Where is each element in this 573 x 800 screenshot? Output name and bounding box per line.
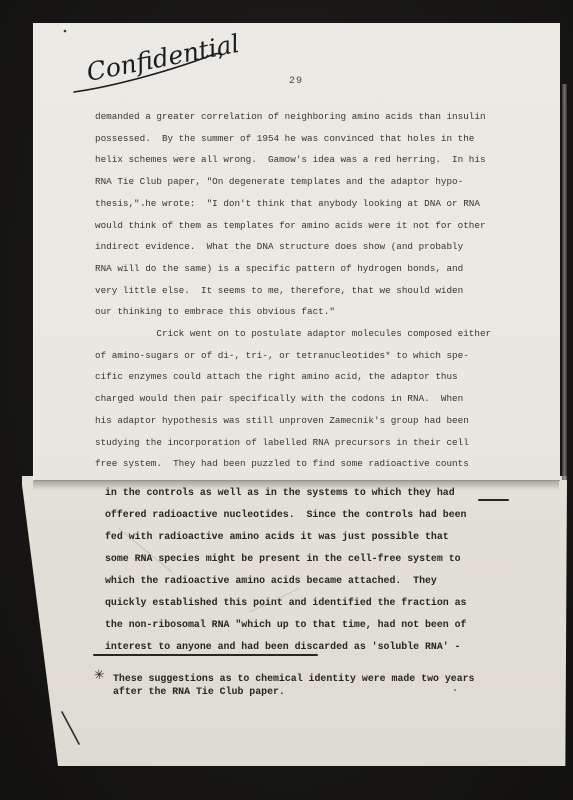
text-line: These suggestions as to chemical identit… <box>113 672 474 685</box>
footnote-text: These suggestions as to chemical identit… <box>113 672 474 698</box>
text-line: which the radioactive amino acids became… <box>105 570 525 592</box>
text-line: after the RNA Tie Club paper. <box>113 685 474 698</box>
text-line: cific enzymes could attach the right ami… <box>95 366 515 388</box>
text-line: free system. They had been puzzled to fi… <box>95 453 515 475</box>
text-line: in the controls as well as in the system… <box>105 482 525 504</box>
text-line: thesis," he wrote: "I don't think that a… <box>95 193 515 215</box>
text-line: some RNA species might be present in the… <box>105 548 525 570</box>
underlying-page-edge <box>562 84 567 480</box>
footnote-asterisk-icon: ✳ <box>93 667 106 683</box>
text-line: charged would then pair specifically wit… <box>95 388 515 410</box>
typed-underline-mark <box>93 654 318 656</box>
text-line: RNA Tie Club paper, "On degenerate templ… <box>95 171 515 193</box>
text-line: fed with radioactive amino acids it was … <box>105 526 525 548</box>
text-line: of amino-sugars or of di-, tri-, or tetr… <box>95 345 515 367</box>
text-line: Crick went on to postulate adaptor molec… <box>95 323 515 345</box>
handwritten-confidential-note: Confidential <box>60 14 270 106</box>
page-number: 29 <box>33 76 559 87</box>
text-line: studying the incorporation of labelled R… <box>95 432 515 454</box>
text-line: the non-ribosomal RNA "which up to that … <box>105 614 525 636</box>
scanned-document: Confidential 29 demanded a greater corre… <box>0 0 573 800</box>
text-line: offered radioactive nucleotides. Since t… <box>105 504 525 526</box>
text-line: would think of them as templates for ami… <box>95 215 515 237</box>
text-line: very little else. It seems to me, theref… <box>95 280 515 302</box>
page1-body-text: demanded a greater correlation of neighb… <box>95 106 515 475</box>
typed-underline-mark <box>478 499 509 501</box>
text-line: RNA will do the same) is a specific patt… <box>95 258 515 280</box>
text-line: quickly established this point and ident… <box>105 592 525 614</box>
text-line: possessed. By the summer of 1954 he was … <box>95 128 515 150</box>
text-line: demanded a greater correlation of neighb… <box>95 106 515 128</box>
text-line: indirect evidence. What the DNA structur… <box>95 236 515 258</box>
text-line: his adaptor hypothesis was still unprove… <box>95 410 515 432</box>
text-line: helix schemes were all wrong. Gamow's id… <box>95 149 515 171</box>
page2-body-text: in the controls as well as in the system… <box>105 482 525 658</box>
text-line: our thinking to embrace this obvious fac… <box>95 301 515 323</box>
